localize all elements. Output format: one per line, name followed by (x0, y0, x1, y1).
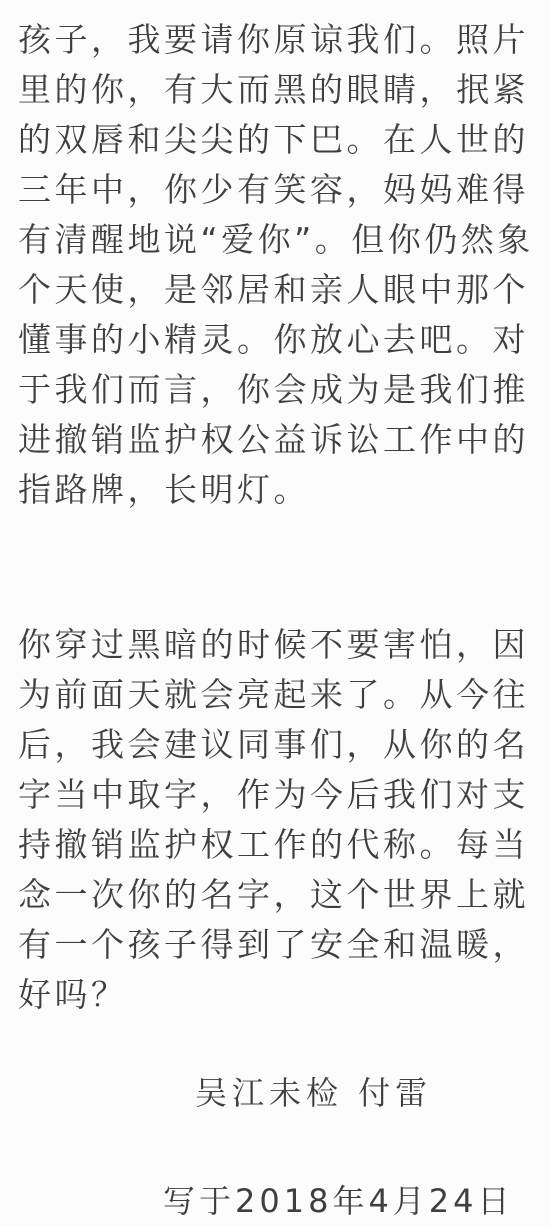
letter-line: 个天使，是邻居和亲人眼中那个 (18, 265, 546, 315)
letter-line: 有清醒地说“爱你”。但你仍然象 (18, 215, 546, 265)
letter-line: 进撤销监护权公益诉讼工作中的 (18, 415, 546, 465)
letter-paragraph-1: 孩子，我要请你原谅我们。照片 里的你，有大而黑的眼睛，抿紧 的双唇和尖尖的下巴。… (0, 0, 550, 515)
letter-line: 为前面天就会亮起来了。从今往 (18, 670, 546, 720)
letter-paragraph-2: 你穿过黑暗的时候不要害怕，因 为前面天就会亮起来了。从今往 后，我会建议同事们，… (0, 620, 550, 1020)
letter-line: 的双唇和尖尖的下巴。在人世的 (18, 115, 546, 165)
letter-date: 写于2018年4月24日 (0, 1176, 550, 1226)
letter-line: 里的你，有大而黑的眼睛，抿紧 (18, 65, 546, 115)
letter-line: 于我们而言，你会成为是我们推 (18, 365, 546, 415)
letter-signature: 吴江未检 付雷 (0, 1068, 550, 1118)
letter-line: 字当中取字，作为今后我们对支 (18, 770, 546, 820)
letter-line: 孩子，我要请你原谅我们。照片 (18, 15, 546, 65)
letter-line: 指路牌，长明灯。 (18, 465, 546, 515)
letter-line: 有一个孩子得到了安全和温暖， (18, 920, 546, 970)
handwritten-letter-page: 孩子，我要请你原谅我们。照片 里的你，有大而黑的眼睛，抿紧 的双唇和尖尖的下巴。… (0, 0, 550, 1226)
letter-line: 好吗？ (18, 970, 546, 1020)
letter-line: 后，我会建议同事们，从你的名 (18, 720, 546, 770)
letter-line: 三年中，你少有笑容，妈妈难得 (18, 165, 546, 215)
letter-line: 念一次你的名字，这个世界上就 (18, 870, 546, 920)
letter-line: 你穿过黑暗的时候不要害怕，因 (18, 620, 546, 670)
letter-line: 懂事的小精灵。你放心去吧。对 (18, 315, 546, 365)
letter-line: 持撤销监护权工作的代称。每当 (18, 820, 546, 870)
